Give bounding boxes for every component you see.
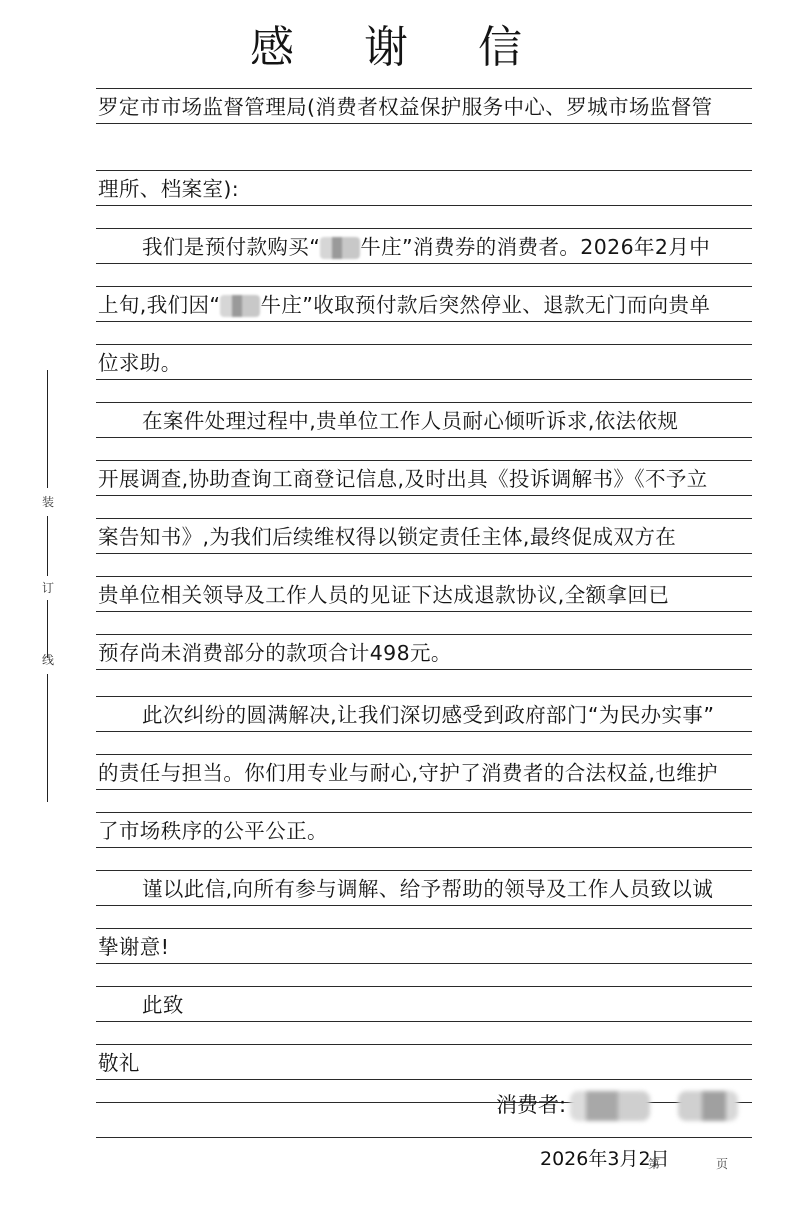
letter-line: 罗定市市场监督管理局(消费者权益保护服务中心、罗城市场监督管 — [96, 88, 752, 124]
body-paragraph-1-line-2: 上旬,我们因“牛庄”收取预付款后突然停业、退款无门而向贵单 — [98, 290, 710, 320]
letter-line: 贵单位相关领导及工作人员的见证下达成退款协议,全额拿回已 — [96, 576, 752, 612]
letter-line: 了市场秩序的公平公正。 — [96, 812, 752, 848]
letter-line: 位求助。 — [96, 344, 752, 380]
letter-line: 我们是预付款购买“牛庄”消费券的消费者。2026年2月中 — [96, 228, 752, 264]
letter-line: 谨以此信,向所有参与调解、给予帮助的领导及工作人员致以诚 — [96, 870, 752, 906]
letter-line: 敬礼 — [96, 1044, 752, 1080]
complimentary-close-jingli: 敬礼 — [98, 1048, 140, 1078]
binding-margin: 装 订 线 — [38, 360, 58, 800]
body-paragraph-2-line-4: 贵单位相关领导及工作人员的见证下达成退款协议,全额拿回已 — [98, 580, 669, 610]
page-marker-suffix: 页 — [716, 1156, 728, 1172]
redacted-business-name — [220, 295, 260, 317]
body-paragraph-3-line-1: 此次纠纷的圆满解决,让我们深切感受到政府部门“为民办实事” — [142, 700, 714, 730]
binding-line-segment — [47, 516, 48, 576]
page-marker-prefix: 第 — [648, 1156, 660, 1172]
letter-line: 此致 — [96, 986, 752, 1022]
letter-line: 案告知书》,为我们后续维权得以锁定责任主体,最终促成双方在 — [96, 518, 752, 554]
redacted-signature-name — [570, 1091, 650, 1121]
binding-label-xian: 线 — [38, 652, 58, 668]
letter-line: 此次纠纷的圆满解决,让我们深切感受到政府部门“为民办实事” — [96, 696, 752, 732]
letter-line: 在案件处理过程中,贵单位工作人员耐心倾听诉求,依法依规 — [96, 402, 752, 438]
closing-line-2: 挚谢意! — [98, 932, 169, 962]
redacted-signature-name-2 — [678, 1091, 738, 1121]
letter-line: 开展调查,协助查询工商登记信息,及时出具《投诉调解书》《不予立 — [96, 460, 752, 496]
salutation-line-2: 理所、档案室): — [98, 174, 239, 204]
letter-line: 理所、档案室): — [96, 170, 752, 206]
ruled-lines: 罗定市市场监督管理局(消费者权益保护服务中心、罗城市场监督管 理所、档案室): … — [96, 0, 752, 1209]
binding-line-segment — [47, 600, 48, 658]
body-paragraph-2-line-1: 在案件处理过程中,贵单位工作人员耐心倾听诉求,依法依规 — [142, 406, 678, 436]
redacted-business-name — [320, 237, 360, 259]
letter-line: 的责任与担当。你们用专业与耐心,守护了消费者的合法权益,也维护 — [96, 754, 752, 790]
body-paragraph-2-line-5: 预存尚未消费部分的款项合计498元。 — [98, 638, 452, 668]
binding-label-zhuang: 装 — [38, 494, 58, 510]
salutation-line-1: 罗定市市场监督管理局(消费者权益保护服务中心、罗城市场监督管 — [98, 92, 713, 122]
body-paragraph-3-line-2: 的责任与担当。你们用专业与耐心,守护了消费者的合法权益,也维护 — [98, 758, 718, 788]
body-paragraph-1-line-1: 我们是预付款购买“牛庄”消费券的消费者。2026年2月中 — [142, 232, 710, 262]
letter-line: 挚谢意! — [96, 928, 752, 964]
body-paragraph-1-line-3: 位求助。 — [98, 348, 182, 378]
closing-line-1: 谨以此信,向所有参与调解、给予帮助的领导及工作人员致以诚 — [142, 874, 713, 904]
body-paragraph-3-line-3: 了市场秩序的公平公正。 — [98, 816, 328, 846]
complimentary-close-cizhi: 此致 — [142, 990, 184, 1020]
body-paragraph-2-line-3: 案告知书》,为我们后续维权得以锁定责任主体,最终促成双方在 — [98, 522, 676, 552]
signature-block: 消费者: — [496, 1090, 738, 1121]
letter-line: 预存尚未消费部分的款项合计498元。 — [96, 634, 752, 670]
body-paragraph-2-line-2: 开展调查,协助查询工商登记信息,及时出具《投诉调解书》《不予立 — [98, 464, 708, 494]
letter-line: 上旬,我们因“牛庄”收取预付款后突然停业、退款无门而向贵单 — [96, 286, 752, 322]
signature-label: 消费者: — [496, 1093, 566, 1117]
binding-line-segment — [47, 370, 48, 488]
binding-line-segment — [47, 674, 48, 802]
binding-label-ding: 订 — [38, 580, 58, 596]
